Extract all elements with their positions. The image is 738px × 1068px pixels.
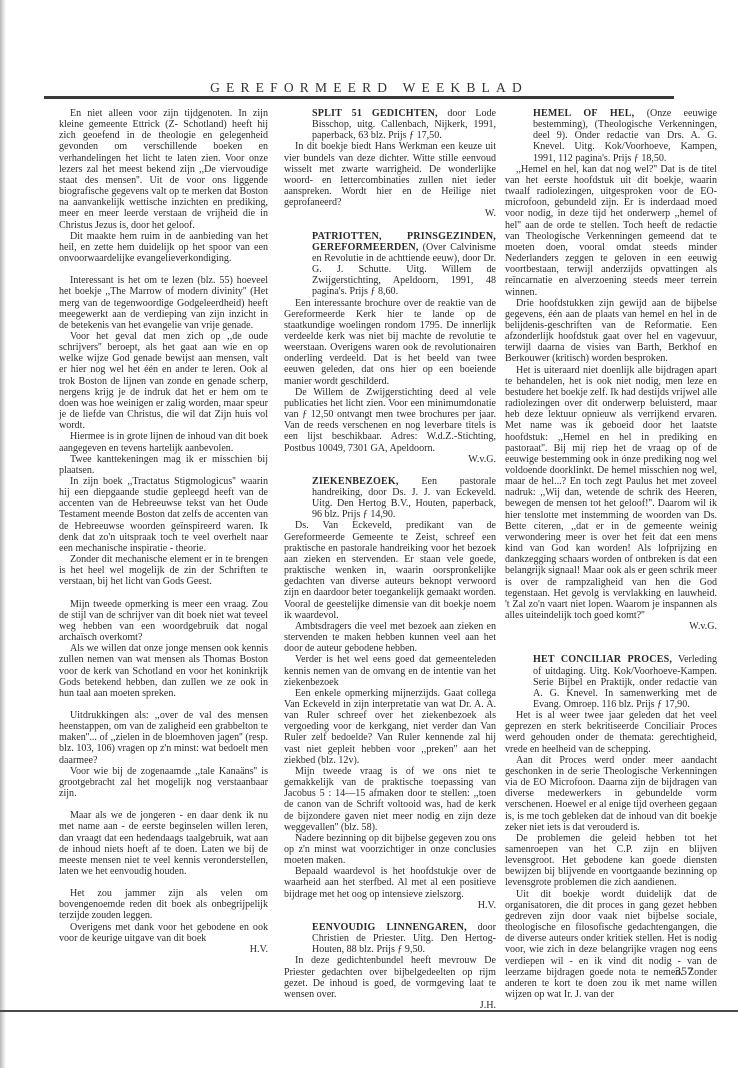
paragraph: Drie hoofdstukken zijn gewijd aan de bij… [505, 298, 717, 365]
paragraph: Een enkele opmerking mijnerzijds. Gaat c… [284, 688, 496, 766]
review-eenvoudig-linnengaren: EENVOUDIG LINNENGAREN, door Christien de… [284, 922, 496, 1011]
paragraph: Aan dit Proces werd onder meer aandacht … [505, 755, 717, 833]
masthead: GEREFORMEERD WEEKBLAD [0, 80, 738, 96]
paragraph: Maar als we de jongeren - en daar denk i… [59, 810, 268, 877]
paragraph: De Willem de Zwijgerstichting deed al ve… [284, 387, 496, 454]
column-3: HEMEL OF HEL, (Onze eeuwige bestemming),… [505, 108, 717, 1000]
review-ziekenbezoek: ZIEKENBEZOEK, Een pastorale handreiking,… [284, 476, 496, 911]
signature: H.V. [284, 900, 496, 911]
paragraph: In dit boekje biedt Hans Werkman een keu… [284, 141, 496, 208]
paragraph: Voor wie bij de zogenaamde ,,tale Kanaän… [59, 766, 268, 799]
paragraph: Bepaald waardevol is het hoofdstukje ove… [284, 866, 496, 899]
review-title: HET CONCILIAR PROCES, [533, 654, 672, 665]
review-title: SPLIT 51 GEDICHTEN, [312, 108, 438, 119]
paragraph: Het is al weer twee jaar geleden dat het… [505, 710, 717, 755]
paragraph: Het zou jammer zijn als velen om bovenge… [59, 888, 268, 921]
paragraph: Overigens met dank voor het gebodene en … [59, 922, 268, 944]
paragraph: Ds. Van Eckeveld, predikant van de Geref… [284, 520, 496, 620]
signature: H.V. [59, 944, 268, 955]
signature: W.v.G. [505, 621, 717, 632]
review-heading: ZIEKENBEZOEK, Een pastorale handreiking,… [312, 476, 496, 521]
paragraph: De problemen die geleid hebben tot het s… [505, 833, 717, 889]
review-hemel-of-hel: HEMEL OF HEL, (Onze eeuwige bestemming),… [505, 108, 717, 632]
paragraph: Interessant is het om te lezen (blz. 55)… [59, 275, 268, 331]
column-2: SPLIT 51 GEDICHTEN, door Lode Bisschop, … [284, 108, 496, 1011]
paragraph: Zonder dit mechanische element er in te … [59, 554, 268, 587]
header-rule [44, 96, 674, 99]
paragraph: Een interessante brochure over de reakti… [284, 298, 496, 387]
signature: W. [284, 208, 496, 219]
footer-rule [0, 1010, 738, 1012]
paragraph: Hiermee is in grote lijnen de inhoud van… [59, 431, 268, 453]
paragraph: Verder is het wel eens goed dat gemeente… [284, 654, 496, 687]
paragraph: In deze gedichtenbundel heeft mevrouw De… [284, 955, 496, 1000]
paragraph: Als we willen dat onze jonge mensen ook … [59, 643, 268, 699]
paragraph: Twee kanttekeningen mag ik er misschien … [59, 454, 268, 476]
review-heading: EENVOUDIG LINNENGAREN, door Christien de… [312, 922, 496, 955]
paragraph: Mijn tweede vraag is of we ons niet te g… [284, 766, 496, 833]
review-heading: PATRIOTTEN, PRINSGEZINDEN, GEREFORMEERDE… [312, 231, 496, 298]
paragraph: Ambtsdragers die veel met bezoek aan zie… [284, 621, 496, 654]
paragraph: Voor het geval dat men zich op ,,de oude… [59, 331, 268, 431]
review-heading: HEMEL OF HEL, (Onze eeuwige bestemming),… [533, 108, 717, 164]
review-patriotten: PATRIOTTEN, PRINSGEZINDEN, GEREFORMEERDE… [284, 231, 496, 465]
signature: W.v.G. [284, 454, 496, 465]
paragraph: Uitdrukkingen als: ,,over de val des men… [59, 710, 268, 766]
paragraph: Uit dit boekje wordt duidelijk dat de or… [505, 889, 717, 1001]
review-title: ZIEKENBEZOEK, [312, 476, 399, 487]
paragraph: Het is uiteraard niet doenlijk alle bijd… [505, 365, 717, 622]
paragraph: Mijn tweede opmerking is meer een vraag.… [59, 599, 268, 644]
column-1: En niet alleen voor zijn tijdgenoten. In… [59, 108, 268, 955]
paragraph: Dit maakte hem ruim in de aanbieding van… [59, 231, 268, 264]
review-heading: SPLIT 51 GEDICHTEN, door Lode Bisschop, … [312, 108, 496, 141]
review-title: HEMEL OF HEL, [533, 108, 634, 119]
review-heading: HET CONCILIAR PROCES, Verleding of uitda… [533, 654, 717, 710]
paragraph: En niet alleen voor zijn tijdgenoten. In… [59, 108, 268, 231]
review-title: EENVOUDIG LINNENGAREN, [312, 922, 467, 933]
page-edge-shadow [0, 0, 6, 1068]
page-number: 357 [675, 964, 693, 979]
paragraph: Nadere bezinning op dit bijbelse gegeven… [284, 833, 496, 866]
paragraph: In zijn boek ,,Tractatus Stigmologicus''… [59, 476, 268, 554]
review-split-51-gedichten: SPLIT 51 GEDICHTEN, door Lode Bisschop, … [284, 108, 496, 220]
paragraph: ,,Hemel en hel, kan dat nog wel?'' Dat i… [505, 164, 717, 298]
review-het-conciliar-proces: HET CONCILIAR PROCES, Verleding of uitda… [505, 654, 717, 1000]
